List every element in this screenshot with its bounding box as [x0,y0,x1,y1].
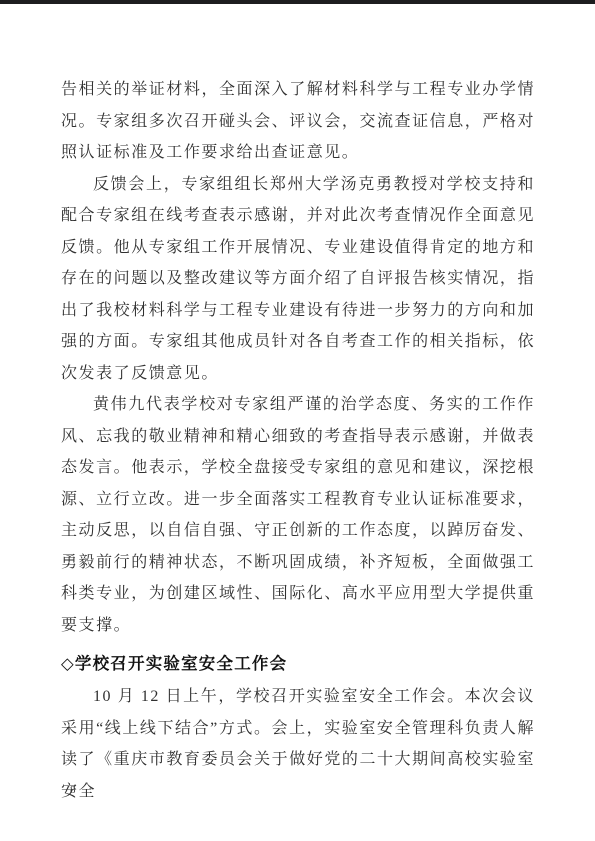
page-top-edge-line [0,0,595,4]
paragraph-feedback-meeting: 反馈会上，专家组组长郑州大学汤克勇教授对学校支持和配合专家组在线考查表示感谢，并… [61,169,535,390]
paragraph-lab-safety-meeting: 10 月 12 日上午，学校召开实验室安全工作会。本次会议采用“线上线下结合”方… [61,681,535,807]
section-heading-lab-safety-meeting: ◇学校召开实验室安全工作会 [61,648,535,681]
paragraph-accreditation-evidence: 告相关的举证材料，全面深入了解材料科学与工程专业办学情况。专家组多次召开碰头会、… [61,74,535,169]
document-body: 告相关的举证材料，全面深入了解材料科学与工程专业办学情况。专家组多次召开碰头会、… [61,74,535,807]
paragraph-president-response: 黄伟九代表学校对专家组严谨的治学态度、务实的工作作风、忘我的敬业精神和精心细致的… [61,389,535,641]
page-number: 8 [70,783,76,797]
